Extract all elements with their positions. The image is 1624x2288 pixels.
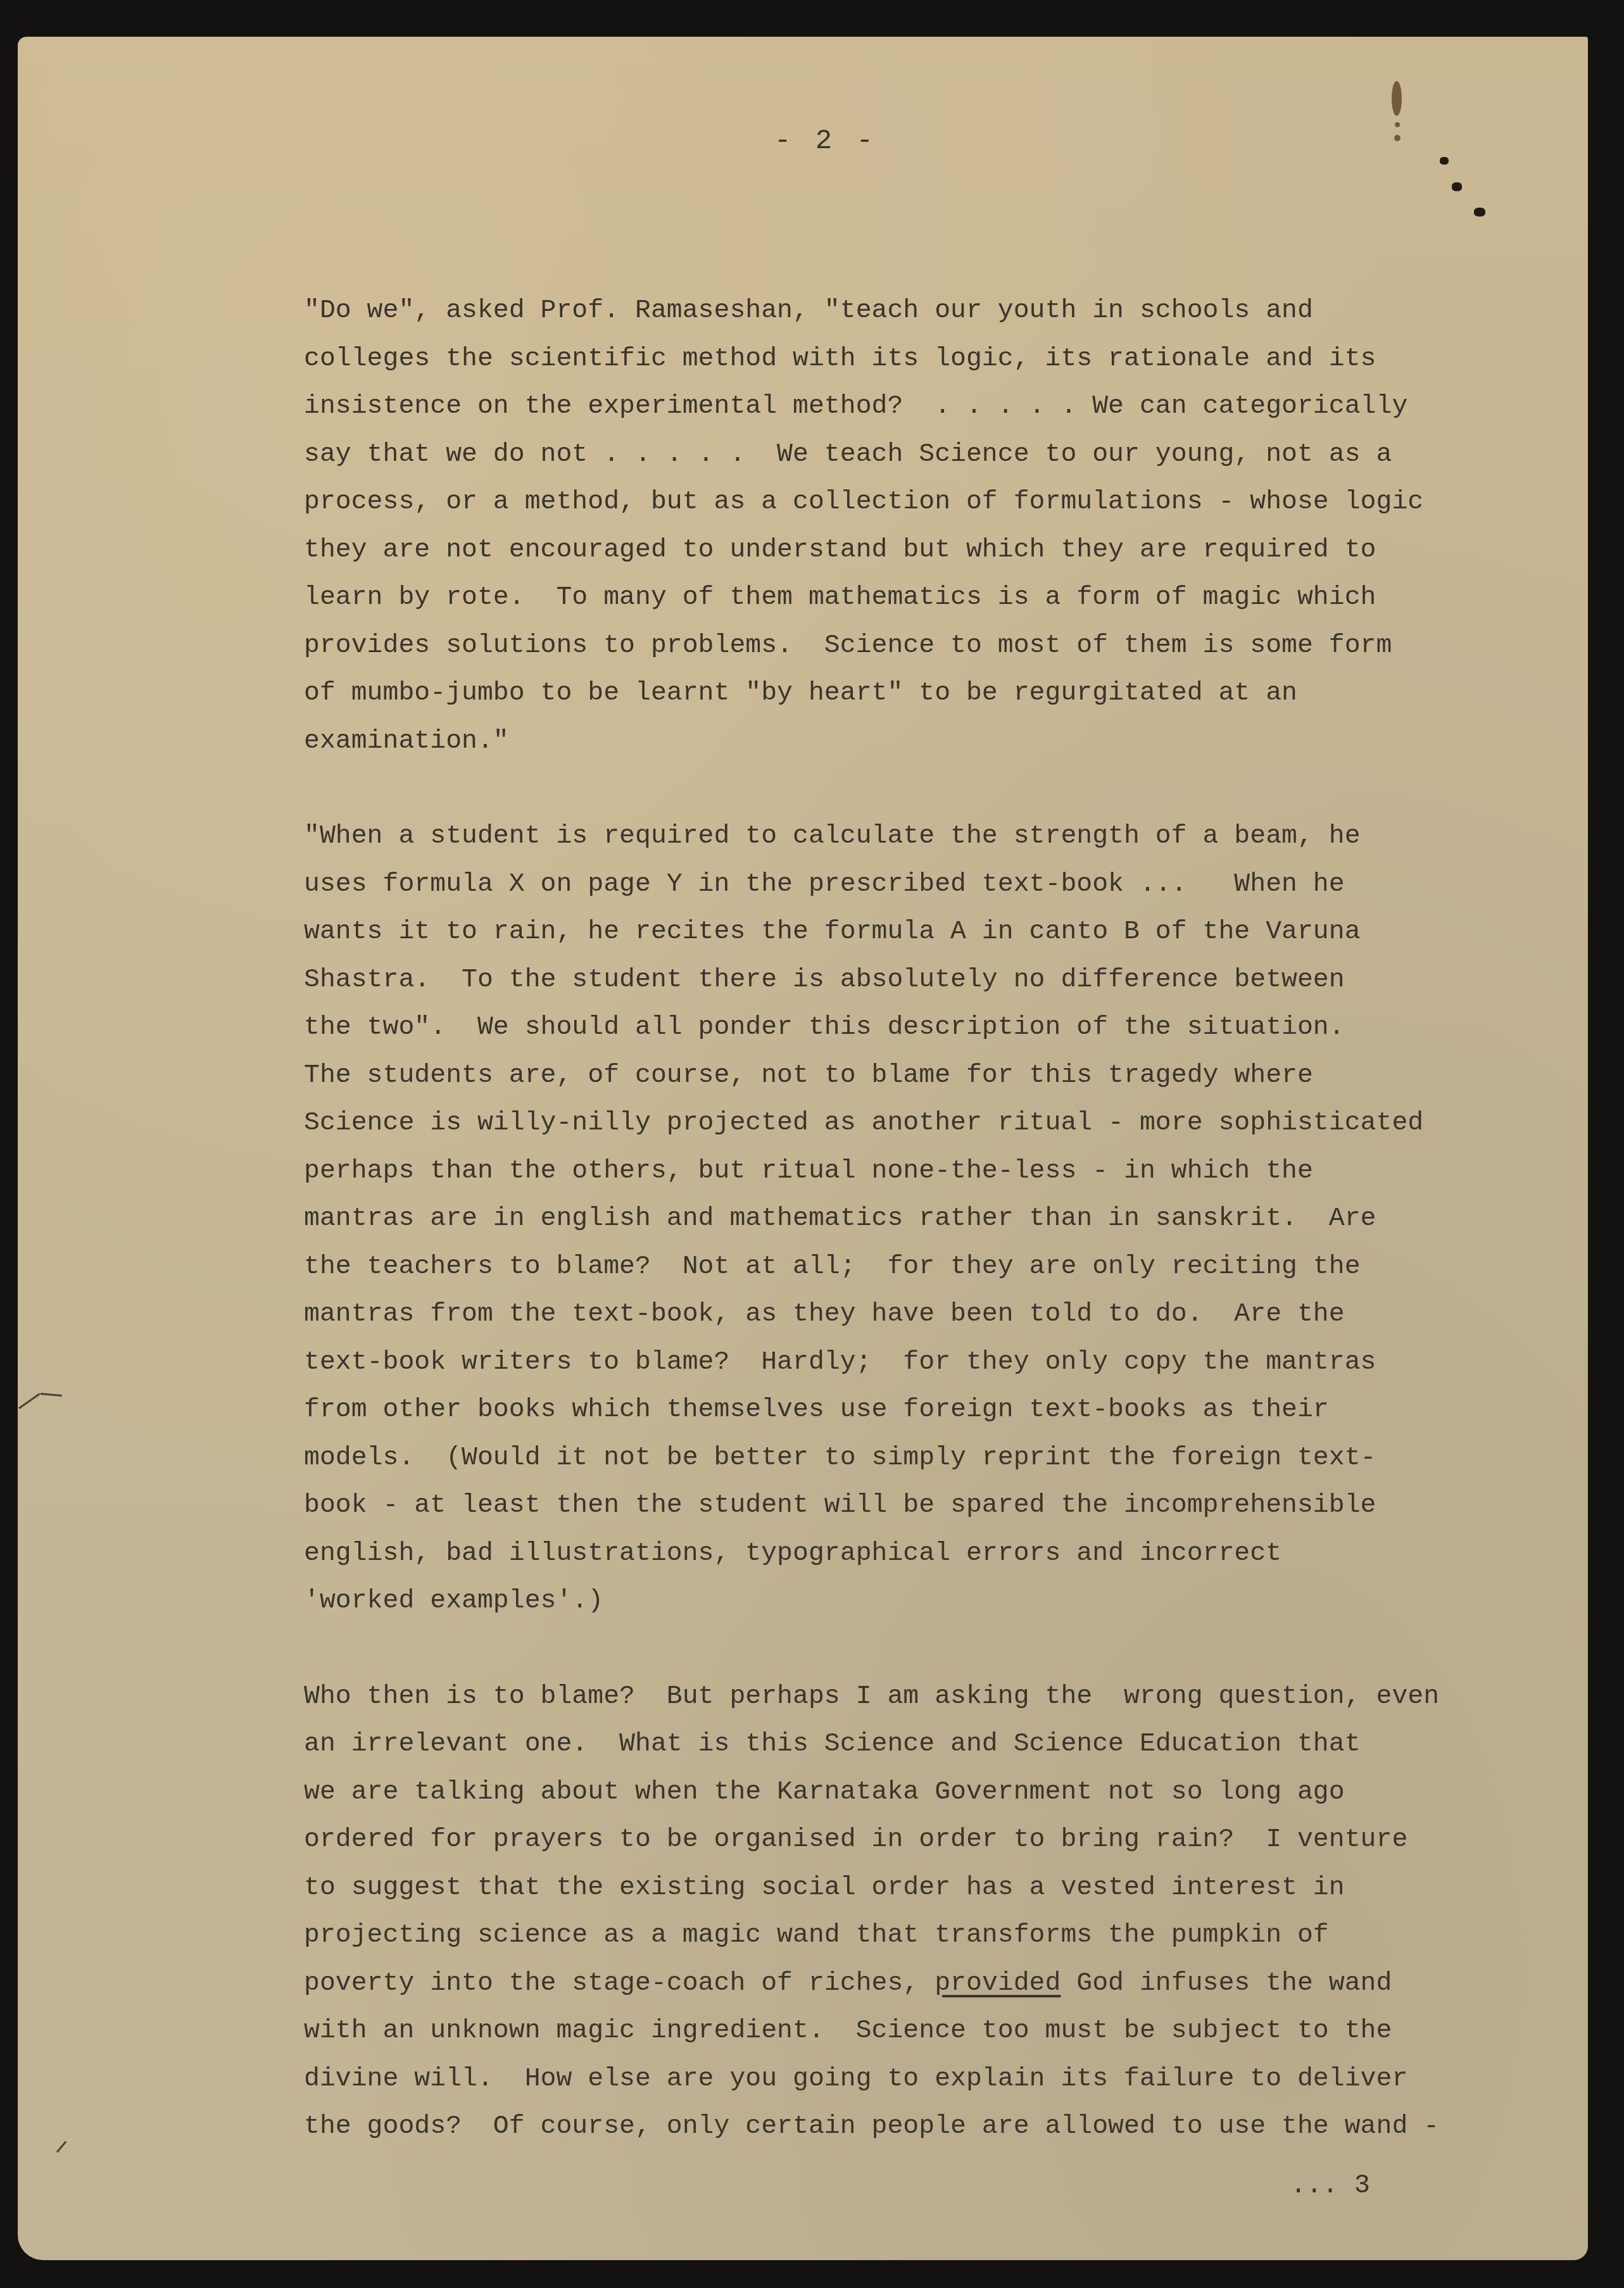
text-line: perhaps than the others, but ritual none… — [304, 1147, 1539, 1195]
text-line: ordered for prayers to be organised in o… — [304, 1816, 1539, 1864]
text-line: Who then is to blame? But perhaps I am a… — [304, 1673, 1539, 1721]
text-line: "Do we", asked Prof. Ramaseshan, "teach … — [304, 287, 1539, 335]
text-line: process, or a method, but as a collectio… — [304, 478, 1539, 526]
paper-tear — [41, 1393, 62, 1397]
text-line: of mumbo-jumbo to be learnt "by heart" t… — [304, 669, 1539, 717]
text-line: mantras are in english and mathematics r… — [304, 1195, 1539, 1243]
text-line: an irrelevant one. What is this Science … — [304, 1720, 1539, 1768]
document-body: "Do we", asked Prof. Ramaseshan, "teach … — [304, 287, 1539, 2151]
burn-mark — [1452, 182, 1462, 191]
text-line: from other books which themselves use fo… — [304, 1386, 1539, 1434]
text-segment: poverty into the stage-coach of riches, — [304, 1968, 935, 1998]
document-page: - 2 - "Do we", asked Prof. Ramaseshan, "… — [18, 37, 1588, 2260]
text-line: wants it to rain, he recites the formula… — [304, 908, 1539, 956]
continuation-marker: ... 3 — [1290, 2170, 1370, 2201]
text-line: text-book writers to blame? Hardly; for … — [304, 1338, 1539, 1386]
paper-tear — [56, 2141, 66, 2153]
text-line: book - at least then the student will be… — [304, 1481, 1539, 1530]
text-line: we are talking about when the Karnataka … — [304, 1768, 1539, 1816]
ink-stain — [1394, 135, 1401, 141]
text-line-with-underline: poverty into the stage-coach of riches, … — [304, 1959, 1539, 2008]
page-number: - 2 - — [774, 125, 877, 157]
text-line: colleges the scientific method with its … — [304, 335, 1539, 383]
text-line: Science is willy-nilly projected as anot… — [304, 1099, 1539, 1147]
ink-stain — [1392, 81, 1402, 116]
text-line: uses formula X on page Y in the prescrib… — [304, 860, 1539, 908]
text-line: the two". We should all ponder this desc… — [304, 1003, 1539, 1052]
text-line: insistence on the experimental method? .… — [304, 382, 1539, 431]
text-line: 'worked examples'.) — [304, 1577, 1539, 1625]
ink-stain — [1395, 122, 1400, 127]
text-line: Shastra. To the student there is absolut… — [304, 956, 1539, 1004]
text-line: to suggest that the existing social orde… — [304, 1864, 1539, 1912]
text-line: examination." — [304, 717, 1539, 765]
burn-mark — [1474, 208, 1485, 217]
text-line: projecting science as a magic wand that … — [304, 1911, 1539, 1959]
text-line: the goods? Of course, only certain peopl… — [304, 2103, 1539, 2151]
burn-mark — [1440, 157, 1449, 165]
text-line: mantras from the text-book, as they have… — [304, 1290, 1539, 1338]
text-line: with an unknown magic ingredient. Scienc… — [304, 2007, 1539, 2055]
underlined-word: provided — [935, 1968, 1061, 1998]
text-segment: God infuses the wand — [1061, 1968, 1392, 1998]
text-line: english, bad illustrations, typographica… — [304, 1530, 1539, 1578]
text-line: divine will. How else are you going to e… — [304, 2055, 1539, 2103]
text-line: The students are, of course, not to blam… — [304, 1052, 1539, 1100]
text-line: provides solutions to problems. Science … — [304, 622, 1539, 670]
paragraph-3: Who then is to blame? But perhaps I am a… — [304, 1673, 1539, 2151]
text-line: they are not encouraged to understand bu… — [304, 526, 1539, 574]
text-line: learn by rote. To many of them mathemati… — [304, 574, 1539, 622]
text-line: models. (Would it not be better to simpl… — [304, 1434, 1539, 1482]
text-line: say that we do not . . . . . We teach Sc… — [304, 431, 1539, 479]
text-line: the teachers to blame? Not at all; for t… — [304, 1243, 1539, 1291]
text-line: "When a student is required to calculate… — [304, 812, 1539, 860]
paragraph-1: "Do we", asked Prof. Ramaseshan, "teach … — [304, 287, 1539, 765]
paragraph-2: "When a student is required to calculate… — [304, 812, 1539, 1625]
paper-tear — [18, 1393, 40, 1409]
